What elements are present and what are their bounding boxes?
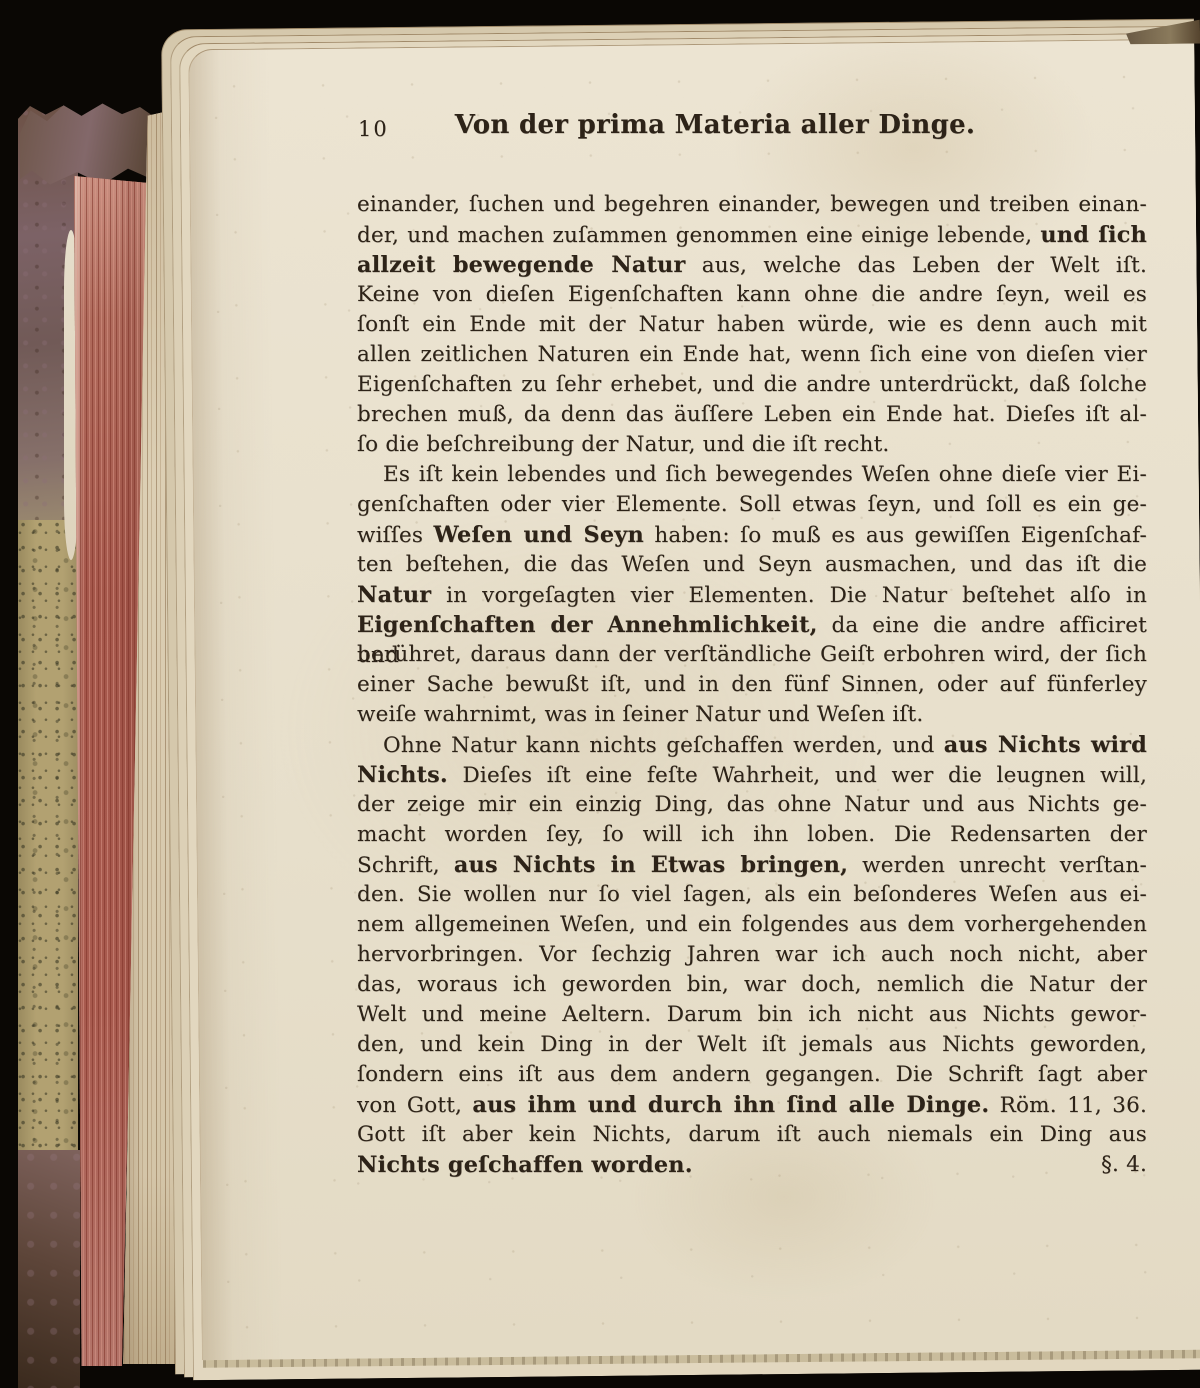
text-segment: aus ihm und durch ihn ſind alle Dinge. bbox=[472, 1092, 989, 1118]
text-line: ſo die beſchreibung der Natur, und die i… bbox=[357, 430, 1147, 460]
text-line: ſonſt ein Ende mit der Natur haben würde… bbox=[357, 310, 1147, 340]
printed-page-content: 10 Von der prima Materia aller Dinge. ei… bbox=[0, 0, 1200, 1388]
text-segment: Es iſt kein lebendes und ſich bewegendes… bbox=[383, 462, 1147, 487]
text-line: macht worden ſey, ſo will ich ihn loben.… bbox=[357, 820, 1147, 850]
text-segment: Nichts geſchaffen worden. bbox=[357, 1150, 693, 1180]
text-segment: den, und kein Ding in der Welt iſt jemal… bbox=[357, 1032, 1147, 1057]
text-segment: der, und machen zuſammen genommen eine e… bbox=[357, 223, 1040, 248]
text-line: Eigenſchaften der Annehmlichkeit, da ein… bbox=[357, 610, 1147, 640]
text-line: von Gott, aus ihm und durch ihn ſind all… bbox=[357, 1090, 1147, 1120]
text-segment: Röm. 11, 36. bbox=[989, 1093, 1147, 1118]
text-line: Natur in vorgeſagten vier Elementen. Die… bbox=[357, 580, 1147, 610]
text-line: Eigenſchaften zu ſehr erhebet, und die a… bbox=[357, 370, 1147, 400]
text-line: der, und machen zuſammen genommen eine e… bbox=[357, 220, 1147, 250]
section-mark: §. 4. bbox=[1101, 1150, 1147, 1180]
text-segment: Eigenſchaften zu ſehr erhebet, und die a… bbox=[357, 372, 1147, 397]
body-text: einander, ſuchen und begehren einander, … bbox=[357, 190, 1147, 1180]
text-segment: macht worden ſey, ſo will ich ihn loben.… bbox=[357, 822, 1147, 847]
text-line: berühret, daraus dann der verſtändliche … bbox=[357, 640, 1147, 670]
running-title: Von der prima Materia aller Dinge. bbox=[455, 110, 976, 140]
text-segment: genſchaften oder vier Elemente. Soll etw… bbox=[357, 492, 1147, 517]
text-line: der zeige mir ein einzig Ding, das ohne … bbox=[357, 790, 1147, 820]
text-line: ten beſtehen, die das Weſen und Seyn aus… bbox=[357, 550, 1147, 580]
text-line: Gott iſt aber kein Nichts, darum iſt auc… bbox=[357, 1120, 1147, 1150]
text-line: nem allgemeinen Weſen, und ein folgendes… bbox=[357, 910, 1147, 940]
text-segment: den. Sie wollen nur ſo viel ſagen, als e… bbox=[357, 882, 1147, 907]
text-segment: ten beſtehen, die das Weſen und Seyn aus… bbox=[357, 552, 1147, 577]
text-line: Nichts. Dieſes iſt eine feſte Wahrheit, … bbox=[357, 760, 1147, 790]
scanned-book-photo: 10 Von der prima Materia aller Dinge. ei… bbox=[0, 0, 1200, 1388]
text-segment: Schrift, bbox=[357, 853, 454, 878]
text-segment: in vorgeſagten vier Elementen. Die Natur… bbox=[431, 583, 1147, 608]
text-segment: hervorbringen. Vor ſechzig Jahren war ic… bbox=[357, 942, 1147, 967]
text-segment: aus Nichts wird bbox=[944, 732, 1147, 758]
text-line: einer Sache bewußt iſt, und in den fünf … bbox=[357, 670, 1147, 700]
text-segment: einander, ſuchen und begehren einander, … bbox=[357, 192, 1147, 217]
text-line: Schrift, aus Nichts in Etwas bringen, we… bbox=[357, 850, 1147, 880]
text-segment: allen zeitlichen Naturen ein Ende hat, w… bbox=[357, 342, 1147, 367]
text-line: wiſſes Weſen und Seyn haben: ſo muß es a… bbox=[357, 520, 1147, 550]
text-line: Keine von dieſen Eigenſchaften kann ohne… bbox=[357, 280, 1147, 310]
text-segment: ſondern eins iſt aus dem andern gegangen… bbox=[357, 1062, 1147, 1087]
text-line: Nichts geſchaffen worden.§. 4. bbox=[357, 1150, 1147, 1180]
text-segment: aus, welche das Leben der Welt iſt. bbox=[685, 253, 1147, 278]
text-segment: berühret, daraus dann der verſtändliche … bbox=[357, 642, 1147, 667]
text-line: Ohne Natur kann nichts geſchaffen werden… bbox=[357, 730, 1147, 760]
running-header: Von der prima Materia aller Dinge. bbox=[357, 110, 1073, 140]
text-line: den. Sie wollen nur ſo viel ſagen, als e… bbox=[357, 880, 1147, 910]
text-segment: Nichts. bbox=[357, 762, 448, 788]
text-segment: Natur bbox=[357, 582, 431, 608]
text-segment: der zeige mir ein einzig Ding, das ohne … bbox=[357, 792, 1147, 817]
text-segment: ſonſt ein Ende mit der Natur haben würde… bbox=[357, 312, 1147, 337]
text-segment: Dieſes iſt eine feſte Wahrheit, und wer … bbox=[448, 763, 1147, 788]
text-segment: das, woraus ich geworden bin, war doch, … bbox=[357, 972, 1147, 997]
text-line: brechen muß, da denn das äuſſere Leben e… bbox=[357, 400, 1147, 430]
text-line: hervorbringen. Vor ſechzig Jahren war ic… bbox=[357, 940, 1147, 970]
text-segment: wiſſes bbox=[357, 523, 434, 548]
text-segment: Weſen und Seyn bbox=[434, 522, 644, 548]
text-line: weiſe wahrnimt, was in ſeiner Natur und … bbox=[357, 700, 1147, 730]
text-segment: allzeit bewegende Natur bbox=[357, 252, 685, 278]
text-segment: haben: ſo muß es aus gewiſſen Eigenſchaf… bbox=[644, 523, 1147, 548]
text-segment: und ſich bbox=[1040, 222, 1147, 248]
text-line: genſchaften oder vier Elemente. Soll etw… bbox=[357, 490, 1147, 520]
text-line: das, woraus ich geworden bin, war doch, … bbox=[357, 970, 1147, 1000]
text-segment: nem allgemeinen Weſen, und ein folgendes… bbox=[357, 912, 1147, 937]
text-segment: Gott iſt aber kein Nichts, darum iſt auc… bbox=[357, 1122, 1147, 1147]
text-line: Welt und meine Aeltern. Darum bin ich ni… bbox=[357, 1000, 1147, 1030]
text-line: ſondern eins iſt aus dem andern gegangen… bbox=[357, 1060, 1147, 1090]
text-segment: Eigenſchaften der Annehmlichkeit, bbox=[357, 612, 818, 638]
text-line: allen zeitlichen Naturen ein Ende hat, w… bbox=[357, 340, 1147, 370]
text-segment: werden unrecht verſtan- bbox=[848, 853, 1147, 878]
text-line: Es iſt kein lebendes und ſich bewegendes… bbox=[357, 460, 1147, 490]
text-segment: brechen muß, da denn das äuſſere Leben e… bbox=[357, 402, 1147, 427]
text-segment: ſo die beſchreibung der Natur, und die i… bbox=[357, 432, 889, 457]
text-segment: von Gott, bbox=[357, 1093, 472, 1118]
text-line: einander, ſuchen und begehren einander, … bbox=[357, 190, 1147, 220]
text-segment: Keine von dieſen Eigenſchaften kann ohne… bbox=[357, 282, 1147, 307]
text-line: allzeit bewegende Natur aus, welche das … bbox=[357, 250, 1147, 280]
text-segment: aus Nichts in Etwas bringen, bbox=[454, 852, 848, 878]
text-segment: Ohne Natur kann nichts geſchaffen werden… bbox=[383, 733, 944, 758]
text-segment: einer Sache bewußt iſt, und in den fünf … bbox=[357, 672, 1147, 697]
text-segment: Welt und meine Aeltern. Darum bin ich ni… bbox=[357, 1002, 1147, 1027]
text-segment: weiſe wahrnimt, was in ſeiner Natur und … bbox=[357, 702, 923, 727]
text-line: den, und kein Ding in der Welt iſt jemal… bbox=[357, 1030, 1147, 1060]
